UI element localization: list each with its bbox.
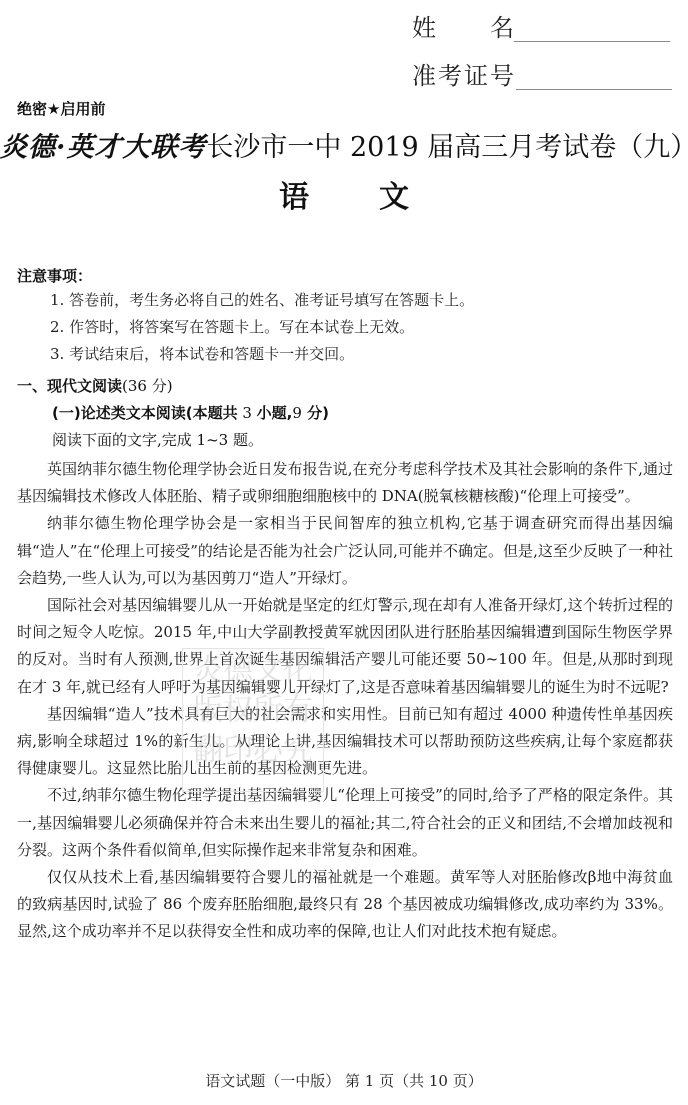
notice-item: 2. 作答时，将答案写在答题卡上。写在本试卷上无效。 [50, 314, 474, 341]
exam-title: 炎德·英才大联考长沙市一中 2019 届高三月考试卷（九） [0, 130, 688, 166]
section-score: (36 分) [122, 377, 173, 395]
passage-paragraph: 基因编辑“造人”技术具有巨大的社会需求和实用性。目前已知有超过 4000 种遗传… [17, 701, 673, 783]
passage-paragraph: 英国纳菲尔德生物伦理学协会近日发布报告说,在充分考虑科学技术及其社会影响的条件下… [17, 456, 673, 510]
notice-list: 1. 答卷前，考生务必将自己的姓名、准考证号填写在答题卡上。 2. 作答时，将答… [50, 287, 474, 368]
passage-paragraph: 国际社会对基因编辑婴儿从一开始就是坚定的红灯警示,现在却有人准备开绿灯,这个转折… [17, 592, 673, 701]
exam-id-input-line[interactable] [516, 63, 672, 90]
notice-heading: 注意事项： [17, 265, 92, 286]
brand-name: 炎德·英才大联考 [0, 132, 206, 163]
section-heading: 一、现代文阅读(36 分) [17, 375, 173, 396]
name-label-char-2: 名 [490, 14, 514, 42]
passage: 英国纳菲尔德生物伦理学协会近日发布报告说,在充分考虑科学技术及其社会影响的条件下… [17, 456, 673, 946]
exam-title-text: 长沙市一中 2019 届高三月考试卷（九） [206, 132, 688, 163]
exam-id-field-row: 准考证号 [412, 62, 672, 90]
confidential-label: 绝密★启用前 [17, 98, 105, 119]
subsection-points: 9 [292, 404, 302, 422]
name-label-char-1: 姓 [412, 14, 436, 42]
passage-paragraph: 仅仅从技术上看,基因编辑要符合婴儿的福祉就是一个难题。黄军等人对胚胎修改β地中海… [17, 864, 673, 946]
subsection-end: 分) [302, 404, 329, 422]
notice-item: 3. 考试结束后，将本试卷和答题卡一并交回。 [50, 341, 474, 368]
passage-paragraph: 不过,纳菲尔德生物伦理学提出基因编辑婴儿“伦理上可接受”的同时,给予了严格的限定… [17, 782, 673, 864]
subsection-heading: (一)论述类文本阅读(本题共 3 小题,9 分) [52, 402, 329, 423]
subsection-mid: 小题, [257, 404, 293, 422]
name-input-line[interactable] [514, 15, 670, 42]
subject-title: 语文 [0, 172, 688, 216]
question-count: 3 [238, 404, 257, 422]
exam-id-label: 准考证号 [412, 62, 516, 90]
subsection-title: (一)论述类文本阅读(本题共 [52, 404, 238, 422]
name-label: 姓名 [412, 14, 514, 42]
notice-item: 1. 答卷前，考生务必将自己的姓名、准考证号填写在答题卡上。 [50, 287, 474, 314]
reading-instruction: 阅读下面的文字,完成 1~3 题。 [52, 429, 263, 450]
page-footer: 语文试题（一中版） 第 1 页（共 10 页） [0, 1070, 688, 1091]
name-field-row: 姓名 [412, 14, 670, 42]
section-title: 一、现代文阅读 [17, 377, 122, 395]
passage-paragraph: 纳菲尔德生物伦理学协会是一家相当于民间智库的独立机构,它基于调查研究而得出基因编… [17, 510, 673, 592]
